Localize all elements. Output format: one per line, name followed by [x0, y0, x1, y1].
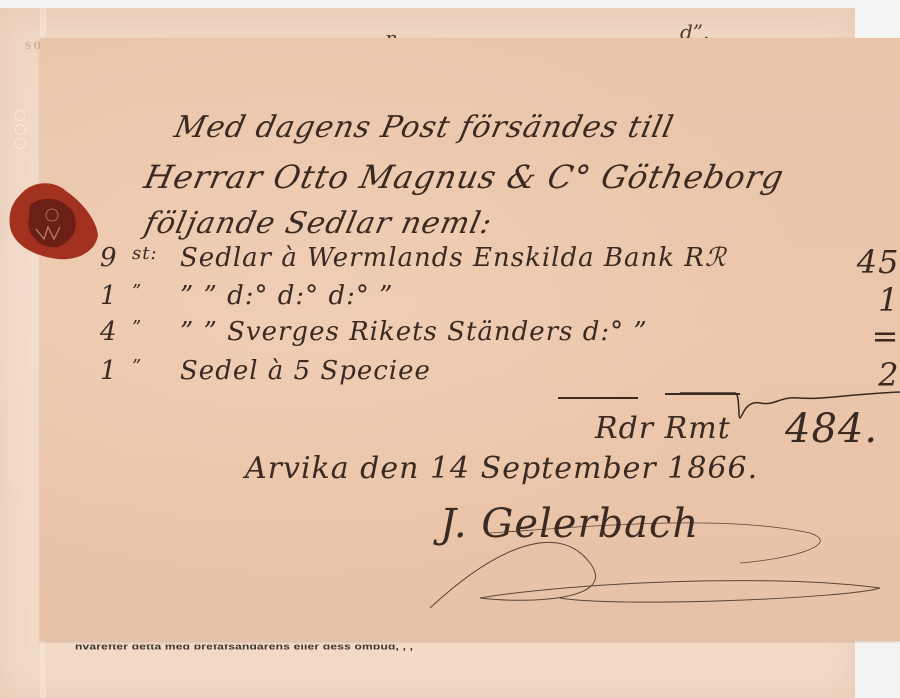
- embossed-stamp: ○○○: [14, 108, 26, 150]
- intro-line-1: Med dagens Post försändes till: [171, 110, 677, 145]
- item-qty: 1: [100, 281, 130, 311]
- item-unit: ”: [132, 317, 142, 338]
- item-amount: = 4: [842, 317, 900, 355]
- place-and-date: Arvika den 14 September 1866.: [245, 451, 758, 486]
- intro-line-2: Herrar Otto Magnus & C° Götheborg: [141, 158, 788, 196]
- item-unit: st:: [132, 243, 158, 264]
- total-amount: 484.: [785, 406, 878, 452]
- item-unit: ”: [132, 356, 142, 377]
- signature: J. Gelerbach: [440, 501, 699, 547]
- item-amount: 10.: [842, 281, 900, 319]
- item-amount: 450.: [842, 243, 900, 281]
- item-qty: 9: [100, 243, 130, 273]
- item-qty: 4: [100, 317, 130, 347]
- total-label: Rdr Rmt: [595, 411, 731, 446]
- item-description: Sedel à 5 Speciee: [180, 356, 431, 386]
- wax-seal: [8, 177, 100, 263]
- item-description: ” ” Sverges Rikets Ständers d:° ”: [180, 317, 648, 347]
- item-description: ” ” d:° d:° d:° ”: [180, 281, 393, 311]
- background-strip: [855, 0, 900, 40]
- item-qty: 1: [100, 356, 130, 386]
- bottom-printed-text: hvarefter detta med brefafsändarens elle…: [75, 641, 413, 652]
- dash-rule: [558, 397, 638, 399]
- receipt-sheet: Med dagens Post försändes till Herrar Ot…: [40, 38, 900, 641]
- item-unit: ”: [132, 281, 142, 302]
- intro-line-3: följande Sedlar neml:: [141, 206, 495, 241]
- item-description: Sedlar à Wermlands Enskilda Bank Rℛ: [180, 243, 727, 273]
